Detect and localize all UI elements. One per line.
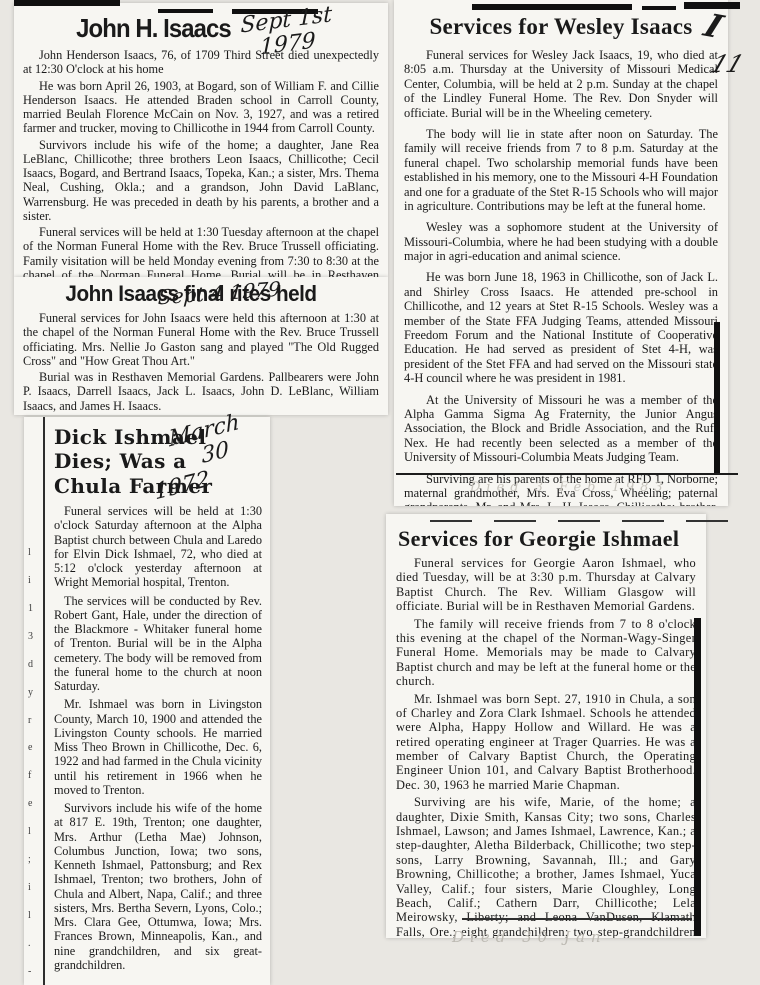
fragment-char: ;: [28, 854, 40, 865]
fragment-char: d: [28, 659, 40, 670]
obituary-paragraph: Funeral services for Georgie Aaron Ishma…: [396, 556, 696, 614]
obituary-paragraph: He was born April 26, 1903, at Bogard, s…: [23, 79, 379, 136]
obituary-paragraph: Surviving are his wife, Marie, of the ho…: [396, 795, 696, 938]
fragment-char: l: [28, 826, 40, 837]
obituary-paragraph: Survivors include his wife of the home a…: [54, 801, 262, 972]
faint-pencil-note-georgie: Died 30 Jan: [452, 928, 607, 946]
obituary-paragraph: Mr. Ishmael was born in Livingston Count…: [54, 697, 262, 797]
clipping-cut-rule: [462, 918, 692, 920]
clipping-john-h-isaacs: John H. Isaacs John Henderson Isaacs, 76…: [14, 3, 388, 277]
scanned-obituary-page: John H. Isaacs John Henderson Isaacs, 76…: [0, 0, 760, 985]
fragment-char: r: [28, 715, 40, 726]
obituary-paragraph: The family will receive friends from 7 t…: [396, 617, 696, 689]
torn-edge-mark: [158, 9, 213, 13]
fragment-char: -: [28, 966, 40, 977]
fragment-char: e: [28, 798, 40, 809]
obituary-paragraph: Burial was in Resthaven Memorial Gardens…: [23, 370, 379, 413]
obituary-paragraph: Survivors include his wife of the home; …: [23, 138, 379, 224]
obituary-paragraph: Funeral services for John Isaacs were he…: [23, 311, 379, 368]
fragment-char: i: [28, 575, 40, 586]
torn-edge-mark: [14, 0, 120, 6]
fragment-char: i: [28, 882, 40, 893]
adjacent-column-fragments: l i 1 3 d y r e f e l ; i l . -: [28, 547, 40, 977]
fragment-char: l: [28, 547, 40, 558]
obituary-paragraph: Mr. Ishmael was born Sept. 27, 1910 in C…: [396, 692, 696, 793]
obituary-paragraph: Wesley was a sophomore student at the Un…: [404, 220, 718, 263]
headline-wesley-isaacs: Services for Wesley Isaacs: [404, 14, 718, 40]
fragment-char: .: [28, 938, 40, 949]
torn-edge-mark: [472, 4, 632, 10]
fragment-char: f: [28, 770, 40, 781]
obituary-paragraph: Funeral services will be held at 1:30 o'…: [54, 504, 262, 590]
fragment-char: e: [28, 742, 40, 753]
clipping-wesley-isaacs: Services for Wesley Isaacs Funeral servi…: [394, 0, 728, 506]
fragment-char: 3: [28, 631, 40, 642]
fragment-char: 1: [28, 603, 40, 614]
scan-edge-bar: [694, 618, 701, 936]
clipping-georgie-ishmael: Services for Georgie Ishmael Funeral ser…: [386, 514, 706, 938]
torn-edge-mark: [642, 6, 676, 10]
fragment-char: l: [28, 910, 40, 921]
clipping-cut-rule: [430, 520, 736, 522]
obituary-paragraph: At the University of Missouri he was a m…: [404, 393, 718, 465]
headline-georgie-ishmael: Services for Georgie Ishmael: [398, 526, 696, 552]
obituary-paragraph: The services will be conducted by Rev. R…: [54, 594, 262, 694]
fragment-char: y: [28, 687, 40, 698]
column-rule: [43, 417, 45, 985]
obituary-paragraph: John Henderson Isaacs, 76, of 1709 Third…: [23, 48, 379, 77]
headline-john-h-isaacs: John H. Isaacs: [33, 13, 273, 44]
clipping-cut-rule: [396, 473, 738, 475]
faint-pencil-note-wesley: Died 3 Feb 1983: [470, 480, 669, 495]
scan-edge-bar: [714, 322, 720, 474]
obituary-paragraph: The body will lie in state after noon on…: [404, 127, 718, 213]
obituary-paragraph: Funeral services will be held at 1:30 Tu…: [23, 225, 379, 277]
obituary-paragraph: Funeral services for Wesley Jack Isaacs,…: [404, 48, 718, 120]
obituary-paragraph: He was born June 18, 1963 in Chillicothe…: [404, 270, 718, 385]
